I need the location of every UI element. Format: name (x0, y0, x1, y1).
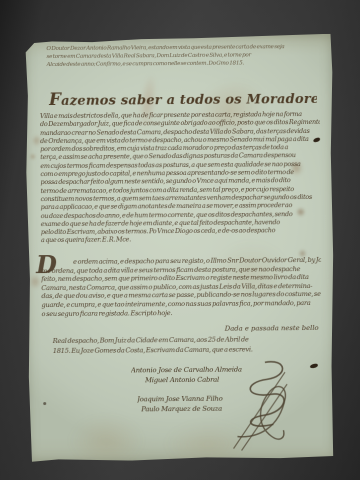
signature-rubric-flourish (227, 358, 294, 455)
dateline: Dada e passada neste bello (193, 324, 319, 333)
closing-lines: Real despacho, Bom Juiz da Cidade em Cam… (53, 335, 323, 356)
main-paragraph: Villa e mais destrictos della, que ha de… (40, 110, 321, 245)
handwritten-line: a que os queira fazer. E. R. Mce. (41, 234, 321, 244)
handwritten-line: 1815. Eu Joze Gomes da Costa, Escrivam d… (53, 344, 323, 356)
paper-stain (69, 415, 143, 466)
ink-blot (310, 363, 319, 368)
handwritten-line: o seu seguro ficara registada. Escripto … (41, 307, 321, 318)
second-paragraph: e ordem acima, e despacho para seu regis… (41, 256, 321, 318)
document-title: Fazemos saber a todos os Moradores deste (49, 89, 317, 111)
photograph-background: O Doutor Dezor Antonio Ramalho Vieira, e… (0, 0, 360, 480)
header-annotation: O Doutor Dezor Antonio Ramalho Vieira, e… (46, 43, 312, 69)
handwritten-line: Alcaide deste anno; Confirmo, e se cumpr… (47, 59, 313, 69)
manuscript-paper: O Doutor Dezor Antonio Ramalho Vieira, e… (24, 34, 335, 462)
ink-blot (43, 402, 46, 405)
paper-stain (29, 153, 36, 160)
